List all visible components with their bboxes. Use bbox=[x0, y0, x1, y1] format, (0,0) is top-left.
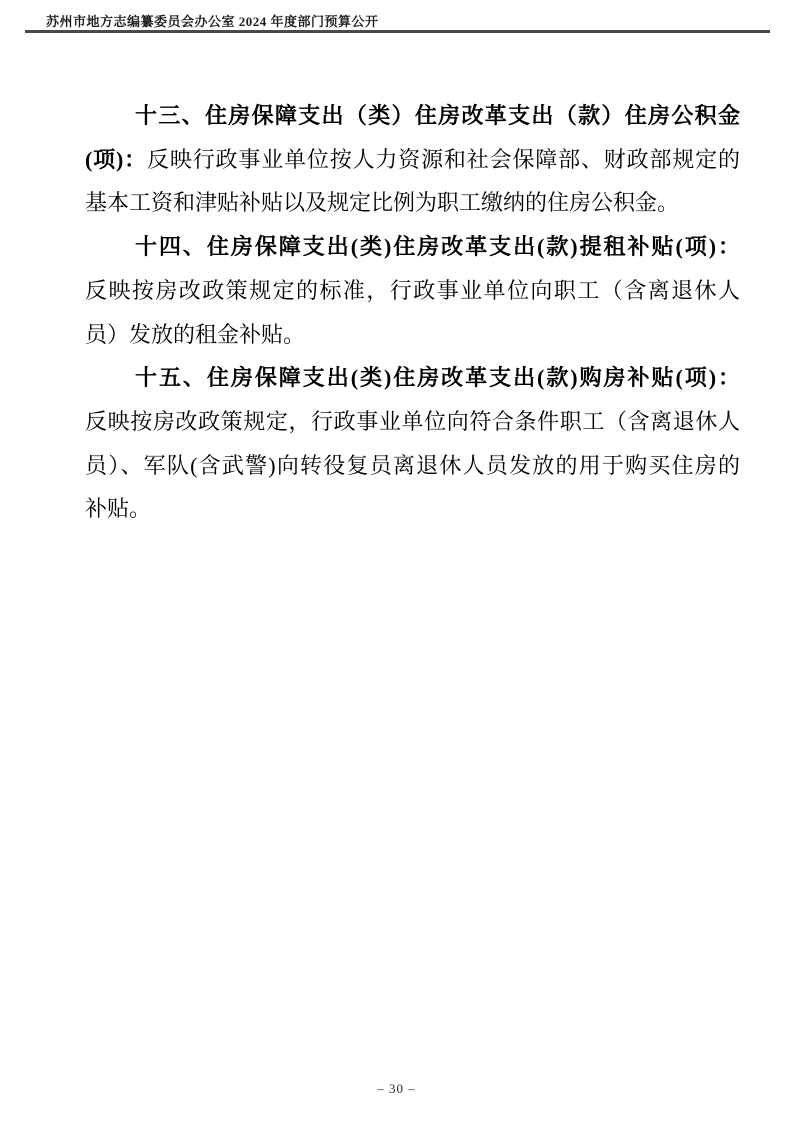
page-number: – 30 – bbox=[0, 1081, 793, 1097]
body-line: 反映按房改政策规定的标准，行政事业单位向职工（含离退休人 bbox=[85, 269, 740, 313]
paragraph-section-15: 十五、住房保障支出(类)住房改革支出(款)购房补贴(项)： 反映按房改政策规定，… bbox=[85, 356, 740, 531]
paragraph-section-13: 十三、住房保障支出（类）住房改革支出（款）住房公积金 (项)：反映行政事业单位按… bbox=[85, 94, 740, 225]
header-title: 苏州市地方志编纂委员会办公室 2024 年度部门预算公开 bbox=[46, 11, 379, 30]
body-line: 反映按房改政策规定，行政事业单位向符合条件职工（含离退休人 bbox=[85, 400, 740, 444]
body-line: 基本工资和津贴补贴以及规定比例为职工缴纳的住房公积金。 bbox=[85, 181, 740, 225]
header-rule bbox=[25, 30, 770, 33]
document-body: 十三、住房保障支出（类）住房改革支出（款）住房公积金 (项)：反映行政事业单位按… bbox=[85, 94, 740, 531]
section-14-heading: 十四、住房保障支出(类)住房改革支出(款)提租补贴(项)： bbox=[85, 225, 740, 269]
section-13-heading: 十三、住房保障支出（类）住房改革支出（款）住房公积金 bbox=[85, 94, 740, 138]
section-15-heading: 十五、住房保障支出(类)住房改革支出(款)购房补贴(项)： bbox=[85, 356, 740, 400]
document-page: 苏州市地方志编纂委员会办公室 2024 年度部门预算公开 十三、住房保障支出（类… bbox=[0, 0, 793, 1122]
body-line: (项)：反映行政事业单位按人力资源和社会保障部、财政部规定的 bbox=[85, 138, 740, 182]
body-line: 补贴。 bbox=[85, 487, 740, 531]
term-label: (项)： bbox=[85, 147, 147, 172]
body-text: 反映行政事业单位按人力资源和社会保障部、财政部规定的 bbox=[147, 147, 740, 172]
paragraph-section-14: 十四、住房保障支出(类)住房改革支出(款)提租补贴(项)： 反映按房改政策规定的… bbox=[85, 225, 740, 356]
body-line: 员）发放的租金补贴。 bbox=[85, 313, 740, 357]
body-line: 员）、军队(含武警)向转役复员离退休人员发放的用于购买住房的 bbox=[85, 444, 740, 488]
